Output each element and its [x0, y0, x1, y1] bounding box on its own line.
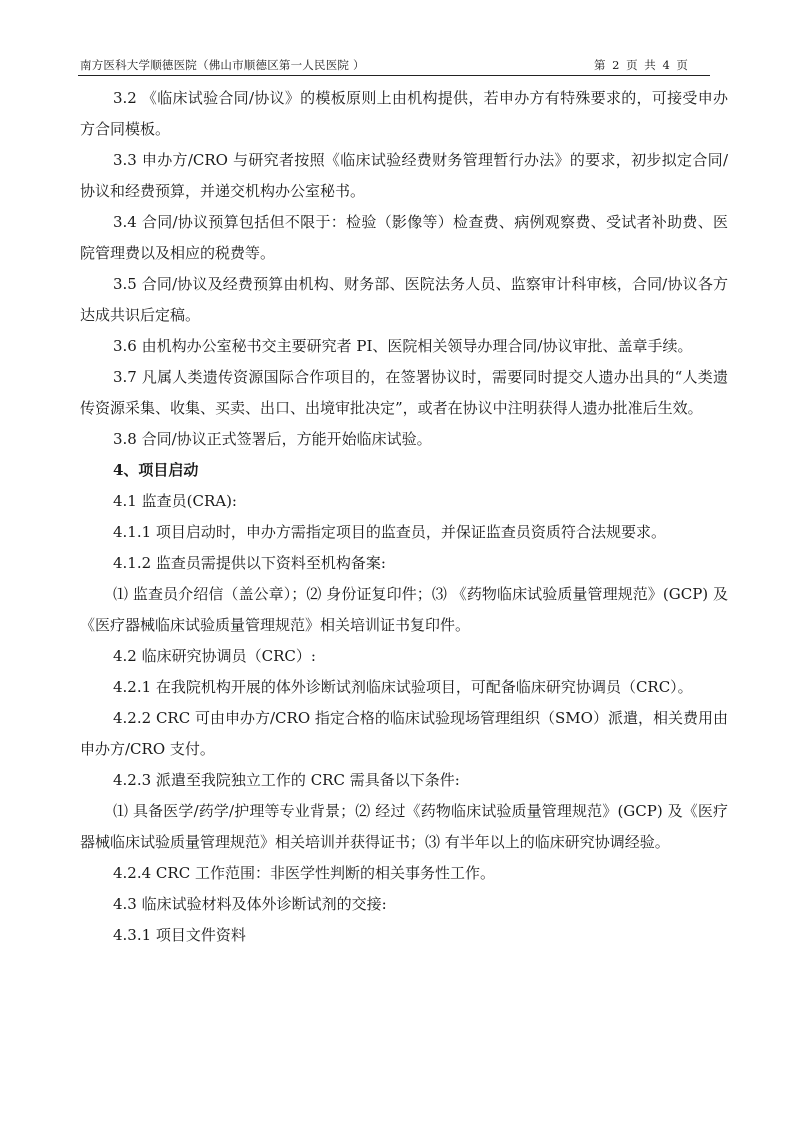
paragraph-3-8: 3.8 合同/协议正式签署后，方能开始临床试验。 [80, 424, 728, 455]
paragraph-3-6: 3.6 由机构办公室秘书交主要研究者 PI、医院相关领导办理合同/协议审批、盖章… [80, 331, 728, 362]
header-page-indicator: 第 2 页 共 4 页 [594, 57, 688, 73]
paragraph-4-2-4: 4.2.4 CRC 工作范围：非医学性判断的相关事务性工作。 [80, 858, 728, 889]
paragraph-4-2-2: 4.2.2 CRC 可由申办方/CRO 指定合格的临床试验现场管理组织（SMO）… [80, 703, 728, 765]
paragraph-3-4: 3.4 合同/协议预算包括但不限于：检验（影像等）检查费、病例观察费、受试者补助… [80, 207, 728, 269]
paragraph-4-3-1: 4.3.1 项目文件资料 [80, 920, 728, 951]
paragraph-3-3: 3.3 申办方/CRO 与研究者按照《临床试验经费财务管理暂行办法》的要求，初步… [80, 145, 728, 207]
paragraph-4-2-1: 4.2.1 在我院机构开展的体外诊断试剂临床试验项目，可配备临床研究协调员（CR… [80, 672, 728, 703]
section-heading-4: 4、项目启动 [80, 455, 728, 486]
paragraph-3-7: 3.7 凡属人类遗传资源国际合作项目的，在签署协议时，需要同时提交人遗办出具的“… [80, 362, 728, 424]
header-institution: 南方医科大学顺德医院（佛山市顺德区第一人民医院 ） [80, 57, 365, 73]
document-body: 3.2 《临床试验合同/协议》的模板原则上由机构提供，若申办方有特殊要求的，可接… [80, 83, 728, 951]
paragraph-4-3: 4.3 临床试验材料及体外诊断试剂的交接: [80, 889, 728, 920]
paragraph-3-2: 3.2 《临床试验合同/协议》的模板原则上由机构提供，若申办方有特殊要求的，可接… [80, 83, 728, 145]
paragraph-4-1-1: 4.1.1 项目启动时，申办方需指定项目的监查员，并保证监查员资质符合法规要求。 [80, 517, 728, 548]
page-header: 南方医科大学顺德医院（佛山市顺德区第一人民医院 ） 第 2 页 共 4 页 [78, 57, 710, 76]
paragraph-3-5: 3.5 合同/协议及经费预算由机构、财务部、医院法务人员、监察审计科审核，合同/… [80, 269, 728, 331]
paragraph-4-1-2: 4.1.2 监查员需提供以下资料至机构备案: [80, 548, 728, 579]
paragraph-4-1: 4.1 监查员(CRA): [80, 486, 728, 517]
paragraph-4-2-3-list: ⑴ 具备医学/药学/护理等专业背景；⑵ 经过《药物临床试验质量管理规范》(GCP… [80, 796, 728, 858]
paragraph-4-2-3: 4.2.3 派遣至我院独立工作的 CRC 需具备以下条件: [80, 765, 728, 796]
paragraph-4-1-2-list: ⑴ 监查员介绍信（盖公章）；⑵ 身份证复印件；⑶ 《药物临床试验质量管理规范》(… [80, 579, 728, 641]
paragraph-4-2: 4.2 临床研究协调员（CRC）: [80, 641, 728, 672]
